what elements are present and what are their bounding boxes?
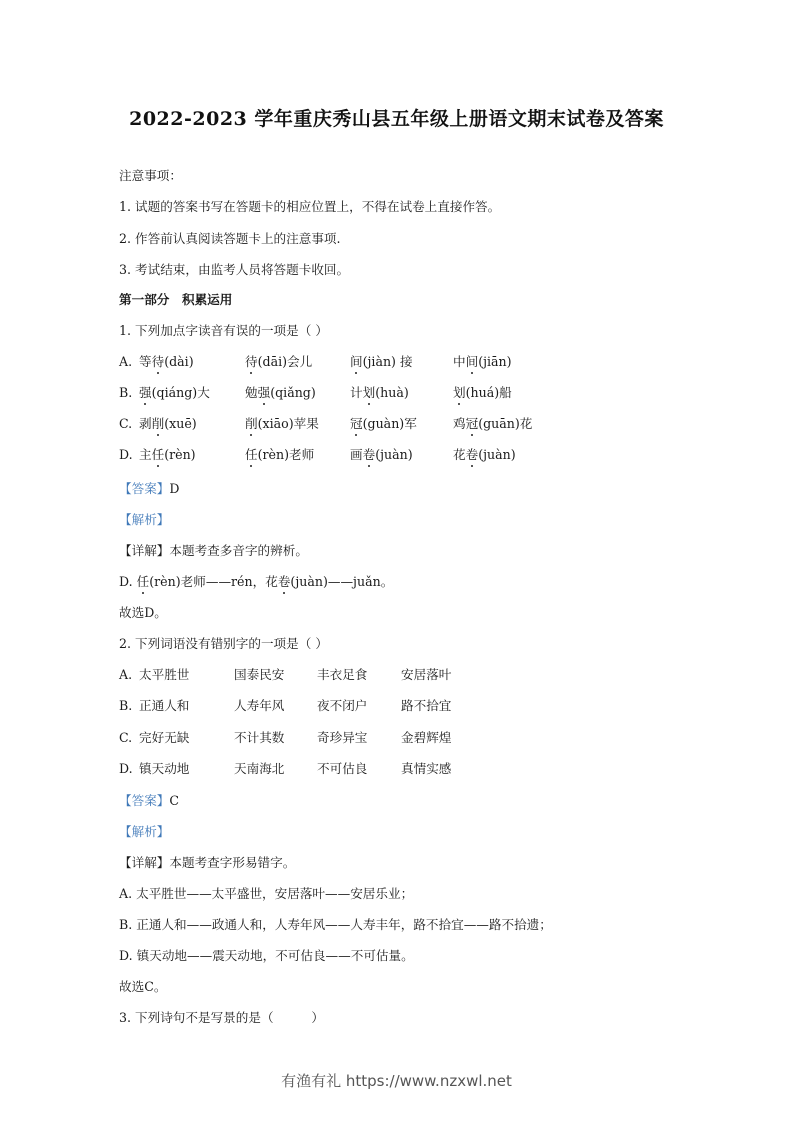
option-label: D. xyxy=(119,447,133,463)
text: (huá)船 xyxy=(466,385,512,400)
text: 鸡 xyxy=(453,416,466,431)
text: (huà) xyxy=(375,385,409,400)
option-item: 划(huá)船 xyxy=(453,385,512,401)
document-title: 2022-2023 学年重庆秀山县五年级上册语文期末试卷及答案 xyxy=(0,104,793,131)
text: 花 xyxy=(453,447,466,462)
q2-detail: 【详解】本题考查字形易错字。 xyxy=(119,855,295,871)
text: (guàn)军 xyxy=(363,416,417,431)
option-item: 计划(huà) xyxy=(350,385,409,401)
dotted-char: 待 xyxy=(152,354,165,370)
q2-explanation-a: A. 太平胜世——太平盛世，安居落叶——安居乐业； xyxy=(119,886,413,902)
text: 等 xyxy=(139,354,152,369)
text: (qiáng)大 xyxy=(152,385,210,400)
option-item: 冠(guàn)军 xyxy=(350,416,417,432)
option-label: A. xyxy=(119,667,132,683)
text: (guān)花 xyxy=(478,416,532,431)
dotted-char: 卷 xyxy=(466,447,479,463)
q1-explanation: D. 任(rèn)老师——rén，花卷(juàn)——juǎn。 xyxy=(119,574,393,590)
text: (jiān) xyxy=(478,354,511,369)
q2-conclusion: 故选C。 xyxy=(119,979,166,995)
option-item: 主任(rèn) xyxy=(139,447,196,463)
answer-label: 【答案】 xyxy=(119,793,169,808)
dotted-char: 冠 xyxy=(350,416,363,432)
dotted-char: 待 xyxy=(245,354,258,370)
option-word: 金碧辉煌 xyxy=(401,730,451,746)
text: (xuē) xyxy=(164,416,197,431)
text: 剥 xyxy=(139,416,152,431)
q2-stem: 2. 下列词语没有错别字的一项是（ ） xyxy=(119,636,328,652)
text: 计 xyxy=(350,385,363,400)
option-item: 画卷(juàn) xyxy=(350,447,413,463)
text: (rèn) xyxy=(164,447,195,462)
text: D. xyxy=(119,574,137,589)
option-word: 镇天动地 xyxy=(139,761,189,777)
option-word: 天南海北 xyxy=(234,761,284,777)
option-item: 等待(dài) xyxy=(139,354,194,370)
option-word: 太平胜世 xyxy=(139,667,189,683)
dotted-char: 间 xyxy=(466,354,479,370)
q2-analysis-label: 【解析】 xyxy=(119,824,169,840)
dotted-char: 任 xyxy=(137,574,150,590)
q2-explanation-b: B. 正通人和——政通人和，人寿年风——人寿丰年，路不拾宜——路不拾遗； xyxy=(119,917,552,933)
option-item: 花卷(juàn) xyxy=(453,447,516,463)
option-item: 勉强(qiǎng) xyxy=(245,385,316,401)
text: (rèn)老师——rén，花 xyxy=(149,574,278,589)
option-item: 间(jiàn) 接 xyxy=(350,354,413,370)
text: (dāi)会儿 xyxy=(258,354,313,369)
text: (juàn) xyxy=(375,447,412,462)
option-word: 人寿年风 xyxy=(234,698,284,714)
answer-value: D xyxy=(169,481,179,496)
text: (xiāo)苹果 xyxy=(258,416,319,431)
text: 画 xyxy=(350,447,363,462)
dotted-char: 削 xyxy=(245,416,258,432)
dotted-char: 划 xyxy=(453,385,466,401)
text: (qiǎng) xyxy=(270,385,316,400)
option-item: 剥削(xuē) xyxy=(139,416,197,432)
dotted-char: 卷 xyxy=(278,574,291,590)
text: (dài) xyxy=(164,354,193,369)
section-heading: 第一部分 积累运用 xyxy=(119,292,232,308)
answer-label: 【答案】 xyxy=(119,481,169,496)
option-label: C. xyxy=(119,416,132,432)
option-item: 削(xiāo)苹果 xyxy=(245,416,319,432)
option-item: 鸡冠(guān)花 xyxy=(453,416,532,432)
text: (juàn)——juǎn。 xyxy=(290,574,393,589)
text: (rèn)老师 xyxy=(258,447,315,462)
option-word: 丰衣足食 xyxy=(317,667,367,683)
dotted-char: 任 xyxy=(245,447,258,463)
dotted-char: 划 xyxy=(363,385,376,401)
q1-analysis-label: 【解析】 xyxy=(119,512,169,528)
text: 勉 xyxy=(245,385,258,400)
notice-2: 2. 作答前认真阅读答题卡上的注意事项. xyxy=(119,231,341,247)
option-word: 真情实感 xyxy=(401,761,451,777)
option-word: 夜不闭户 xyxy=(317,698,367,714)
answer-value: C xyxy=(169,793,179,808)
option-label: C. xyxy=(119,730,132,746)
q1-conclusion: 故选D。 xyxy=(119,605,167,621)
q2-explanation-d: D. 镇天动地——震天动地，不可估良——不可估量。 xyxy=(119,948,414,964)
option-label: B. xyxy=(119,385,132,401)
dotted-char: 任 xyxy=(152,447,165,463)
option-word: 正通人和 xyxy=(139,698,189,714)
notice-heading: 注意事项： xyxy=(119,168,182,184)
option-item: 中间(jiān) xyxy=(453,354,512,370)
option-label: B. xyxy=(119,698,132,714)
q1-answer: 【答案】D xyxy=(119,481,179,497)
q1-stem: 1. 下列加点字读音有误的一项是（ ） xyxy=(119,323,328,339)
text: 主 xyxy=(139,447,152,462)
text: (juàn) xyxy=(478,447,515,462)
option-item: 强(qiáng)大 xyxy=(139,385,210,401)
option-word: 不计其数 xyxy=(234,730,284,746)
option-word: 完好无缺 xyxy=(139,730,189,746)
dotted-char: 间 xyxy=(350,354,363,370)
option-word: 路不拾宜 xyxy=(401,698,451,714)
dotted-char: 强 xyxy=(139,385,152,401)
notice-1: 1. 试题的答案书写在答题卡的相应位置上，不得在试卷上直接作答。 xyxy=(119,199,500,215)
dotted-char: 冠 xyxy=(466,416,479,432)
q3-stem: 3. 下列诗句不是写景的是（ ） xyxy=(119,1010,324,1026)
q2-answer: 【答案】C xyxy=(119,793,179,809)
option-word: 奇珍异宝 xyxy=(317,730,367,746)
option-word: 不可估良 xyxy=(317,761,367,777)
option-word: 安居落叶 xyxy=(401,667,451,683)
text: 中 xyxy=(453,354,466,369)
notice-3: 3. 考试结束，由监考人员将答题卡收回。 xyxy=(119,262,349,278)
dotted-char: 强 xyxy=(258,385,271,401)
option-item: 待(dāi)会儿 xyxy=(245,354,312,370)
dotted-char: 卷 xyxy=(363,447,376,463)
text: (jiàn) 接 xyxy=(363,354,413,369)
option-word: 国泰民安 xyxy=(234,667,284,683)
q1-detail: 【详解】本题考查多音字的辨析。 xyxy=(119,543,308,559)
option-label: A. xyxy=(119,354,132,370)
footer-watermark: 有渔有礼 https://www.nzxwl.net xyxy=(0,1070,793,1091)
option-label: D. xyxy=(119,761,133,777)
dotted-char: 削 xyxy=(152,416,165,432)
option-item: 任(rèn)老师 xyxy=(245,447,314,463)
